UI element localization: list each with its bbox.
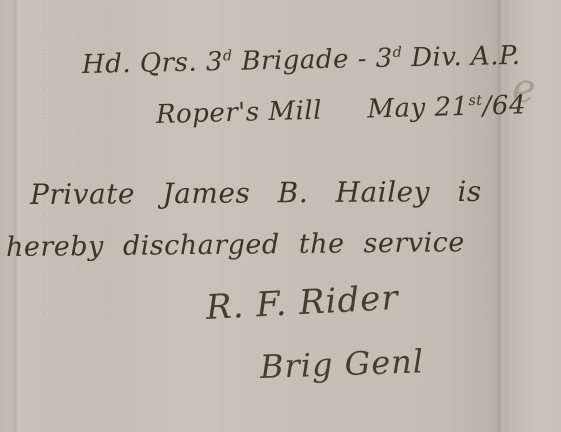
header-brigade: Brigade - 3 [232, 43, 393, 76]
header-ordinal-sup: d [223, 48, 233, 64]
body-line-1: Private James B. Hailey is [30, 175, 482, 211]
date-text: May 21 [367, 92, 469, 125]
paper-fold-crease [12, 0, 22, 432]
header-division: Div. A.P. [402, 41, 521, 73]
show-through-print-column: · · · · · · · · · · · · · · · · · · · · … [38, 0, 48, 432]
header-hq-prefix: Hd. Qrs. 3 [82, 47, 224, 80]
signature-title: Brig Genl [259, 342, 424, 386]
date-ordinal-sup: st [468, 93, 483, 109]
place-name: Roper's Mill [156, 96, 323, 130]
show-through-print-column: · · · · · · · · · · · · · · · · · · · · … [72, 0, 82, 432]
body-line-2: hereby discharged the service [6, 227, 465, 263]
date-year: /64 [482, 90, 526, 121]
